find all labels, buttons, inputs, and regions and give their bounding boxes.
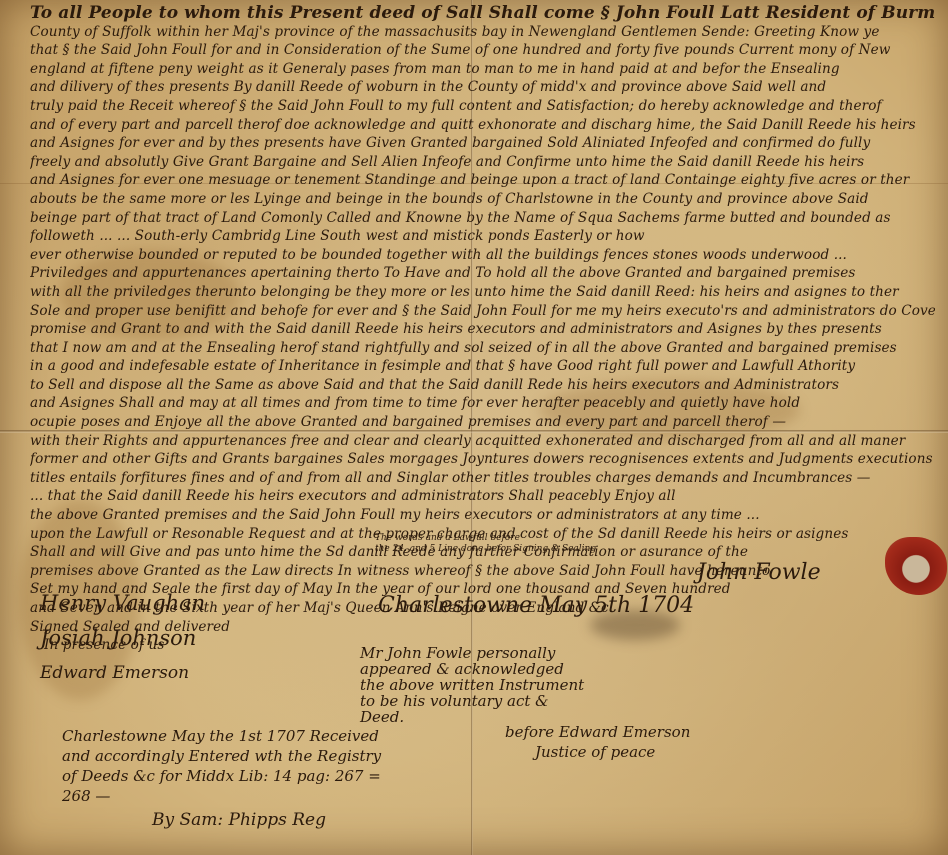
deed-line: ocupie poses and Enjoye all the above Gr… [30, 413, 935, 432]
deed-document: To all People to whom this Present deed … [0, 0, 948, 855]
deed-line: beinge part of that tract of Land Comonl… [30, 209, 935, 228]
deed-line: abouts be the same more or les Lyinge an… [30, 190, 935, 209]
deed-line: and dilivery of thes presents By danill … [30, 78, 935, 97]
deed-line: and Asignes Shall and may at all times a… [30, 394, 935, 413]
interlineation-note-line: the 24. and 5 Line done befor Signing & … [375, 544, 695, 555]
deed-line: Sole and proper use benifitt and behofe … [30, 302, 935, 321]
deed-line: and Asignes for ever and by thes present… [30, 134, 935, 153]
registry-line: 268 — [62, 786, 482, 806]
witness-signature: Edward Emerson [40, 656, 205, 691]
registry-line: Charlestowne May the 1st 1707 Received [62, 726, 482, 746]
deed-line: with their Rights and appurtenances free… [30, 432, 935, 451]
deed-line: former and other Gifts and Grants bargai… [30, 450, 935, 469]
deed-line-opening: To all People to whom this Present deed … [30, 4, 935, 23]
deed-line: the above Granted premises and the Said … [30, 506, 935, 525]
acknowledgment-block: Mr John Fowle personally appeared & ackn… [360, 645, 700, 725]
registry-line: and accordingly Entered wth the Registry [62, 746, 482, 766]
justice-title-line: Justice of peace [505, 742, 690, 762]
deed-line: that § the Said John Foull for and in Co… [30, 41, 935, 60]
deed-line: truly paid the Receit whereof § the Said… [30, 97, 935, 116]
deed-line: ever otherwise bounded or reputed to be … [30, 246, 935, 265]
deed-line-habendum: Priviledges and appurtenances apertainin… [30, 264, 935, 283]
interlineation-note: The words and a Lawfull before the 24. a… [375, 533, 695, 555]
registrar-signature: By Sam: Phipps Reg [62, 810, 482, 830]
deed-line: freely and absolutly Give Grant Bargaine… [30, 153, 935, 172]
deed-line: and of every part and parcell therof doe… [30, 116, 935, 135]
deed-line: ... that the Said danill Reede his heirs… [30, 487, 935, 506]
deed-line: england at fiftene peny weight as it Gen… [30, 60, 935, 79]
deed-line: to Sell and dispose all the Same as abov… [30, 376, 935, 395]
witness-signature: Josiah Johnson [40, 621, 205, 656]
witness-signature: Henry Vaughan [40, 586, 205, 621]
registry-entry: Charlestowne May the 1st 1707 Received a… [62, 726, 482, 830]
interlineation-note-line: The words and a Lawfull before [375, 533, 695, 544]
deed-line: and Asignes for ever one mesuage or tene… [30, 171, 935, 190]
acknowledgment-date: Charlestowne May 5th 1704 [378, 593, 694, 618]
justice-attestation: before Edward Emerson Justice of peace [505, 722, 690, 762]
witness-signatures: Henry Vaughan Josiah Johnson Edward Emer… [40, 586, 205, 691]
grantor-signature: John Fowle [697, 560, 821, 585]
deed-line: in a good and indefesable estate of Inhe… [30, 357, 935, 376]
deed-line: followeth ... ... South-erly Cambridg Li… [30, 227, 935, 246]
acknowledgment-line: the above written Instrument [360, 677, 700, 693]
acknowledgment-line: appeared & acknowledged [360, 661, 700, 677]
deed-body: To all People to whom this Present deed … [30, 4, 935, 655]
deed-line: with all the priviledges therunto belong… [30, 283, 935, 302]
deed-line: that I now am and at the Ensealing herof… [30, 339, 935, 358]
deed-line: County of Suffolk within her Maj's provi… [30, 23, 935, 42]
acknowledgment-line: to be his voluntary act & [360, 693, 700, 709]
registry-line: of Deeds &c for Middx Lib: 14 pag: 267 = [62, 766, 482, 786]
deed-line: titles entails forfitures fines and of a… [30, 469, 935, 488]
deed-line: promise and Grant to and with the Said d… [30, 320, 935, 339]
acknowledgment-line: Mr John Fowle personally [360, 645, 700, 661]
justice-name-line: before Edward Emerson [505, 722, 690, 742]
